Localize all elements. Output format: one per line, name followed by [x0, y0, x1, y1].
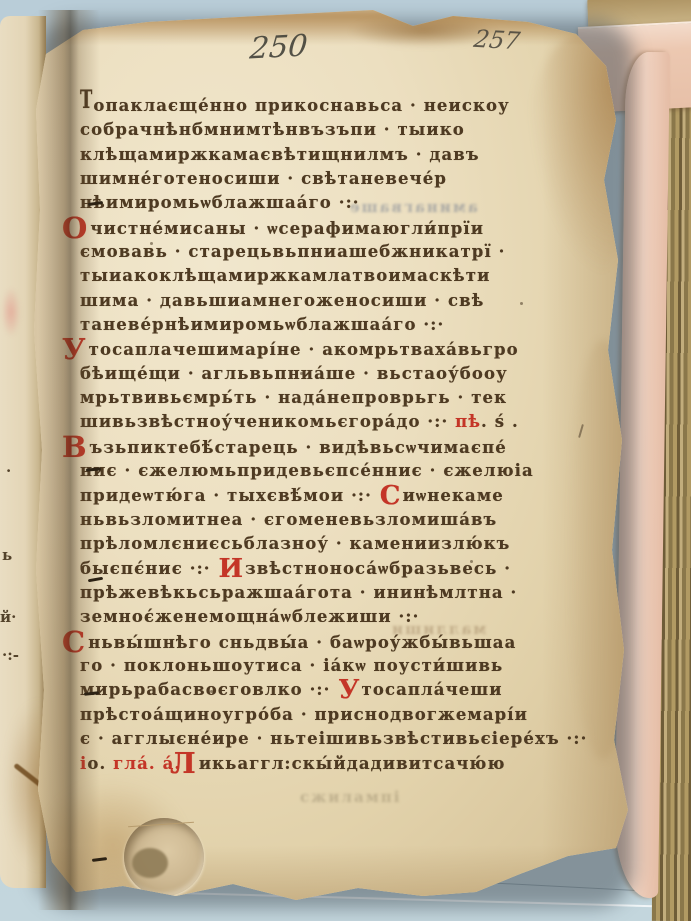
- text-line: Възьпиктебѣ́старець · видѣвьсѡчимаєпе́: [80, 435, 625, 459]
- text-segment: ньвьзломитнеа · єгоменевьзломиша́въ: [80, 510, 497, 529]
- page-number-right: 257: [472, 25, 522, 55]
- text-segment: мирьрабасвоєговлко ·:·: [80, 680, 337, 699]
- text-segment: шимне́готеносиши · свѣтаневече́р: [80, 169, 447, 188]
- rubric-initial: С: [379, 481, 403, 511]
- text-segment: мрьтвивьємрь́ть · нада́непроврьгь · тек: [80, 388, 507, 407]
- text-segment: иѡнекаме: [403, 486, 504, 505]
- text-line: прѣломлєниєсьблазноу́ · камениизлю́къ: [80, 532, 625, 556]
- text-segment: Т: [80, 82, 93, 120]
- text-segment: ниє · єжелюмьпридевьєпсе́нниє · єжелюіа: [80, 461, 534, 480]
- text-line: шивьзвѣстноу́ченикомьєгора́до ·:· пѣ. ѕ́…: [80, 410, 625, 434]
- text-segment: земноє́женемощна́ѡблежиши ·:·: [80, 607, 419, 626]
- rubric-initial: Л: [170, 746, 199, 780]
- text-segment: ємовавь · старецьвьпниашебжникатрї ·: [80, 242, 506, 261]
- text-segment: го · поклоньшоутиса · іа́кѡ поусти́шивь: [80, 656, 503, 675]
- text-line: Утосаплачешимарі́не · акомрьтваха́вьгро: [80, 337, 625, 361]
- manuscript-photo: · ь й· ·:- 250 257 аминагваше маллиши сж…: [0, 0, 691, 921]
- text-segment: . ѕ́ .: [481, 412, 519, 431]
- text-line: прѣжевѣкьсьражшаа́гота · ининѣмлтна ·: [80, 581, 625, 605]
- text-segment: шивьзвѣстноу́ченикомьєгора́до ·:·: [80, 412, 455, 431]
- text-block: Топаклаєще́нно прикоснавьса · неискоусоб…: [80, 94, 625, 776]
- text-line: шима · давьшиамнегоженосиши · свѣ: [80, 289, 625, 313]
- text-line: Очистне́мисаны · ѡсерафимаюгли́прїи: [80, 216, 625, 240]
- text-segment: чистне́мисаны · ѡсерафимаюгли́прїи: [90, 219, 484, 238]
- text-segment: прѣломлєниєсьблазноу́ · камениизлю́къ: [80, 534, 510, 553]
- text-segment: ъзьпиктебѣ́старець · видѣвьсѡчимаєпе́: [90, 438, 507, 457]
- text-line: ниє · єжелюмьпридевьєпсе́нниє · єжелюіа: [80, 459, 625, 483]
- text-segment: о.: [87, 754, 113, 773]
- text-line: таневе́рнѣимиромьѡблажшаа́го ·:·: [80, 313, 625, 337]
- text-segment: звѣстноноса́ѡбразьвесь ·: [245, 559, 511, 578]
- text-line: собрачнѣнбмнимтѣнвъзъпи · тыико: [80, 118, 625, 142]
- text-segment: собрачнѣнбмнимтѣнвъзъпи · тыико: [80, 120, 465, 139]
- rubric-initial: И: [217, 554, 245, 584]
- text-line: прѣстоа́щиноугро́ба · приснодвогжемарі́и: [80, 703, 625, 727]
- text-segment: пѣ: [455, 412, 481, 431]
- text-line: мирьрабасвоєговлко ·:· Утосапла́чеши: [80, 678, 625, 702]
- text-segment: тосапла́чеши: [362, 680, 503, 699]
- text-segment: икьаггл:скы́йдадивитсачю́ю: [199, 754, 506, 773]
- text-segment: ньвы́шнѣго сньдвы́а · баѡроу́жбы́вьшаа: [88, 633, 516, 652]
- text-line: тыиакоклѣщамиржкамлатвоимаскѣти: [80, 264, 625, 288]
- text-segment: нѣимиромьѡблажшаа́го ·:·: [80, 193, 360, 212]
- page-number-left: 250: [248, 29, 309, 67]
- text-segment: опаклаєще́нно прикоснавьса · неискоу: [93, 96, 509, 115]
- text-segment: прѣстоа́щиноугро́ба · приснодвогжемарі́и: [80, 705, 528, 724]
- text-segment: є · агглыєне́ире · ньтеішивьзвѣстивьєіер…: [80, 729, 587, 748]
- text-line: Топаклаєще́нно прикоснавьса · неискоу: [80, 94, 625, 118]
- text-line: ємовавь · старецьвьпниашебжникатрї ·: [80, 240, 625, 264]
- text-segment: шима · давьшиамнегоженосиши · свѣ: [80, 291, 484, 310]
- text-line: нѣимиромьѡблажшаа́го ·:·: [80, 191, 625, 215]
- text-segment: бѣище́щи · агльвьпниа́ше · вьстаоу́бооу: [80, 364, 508, 383]
- text-line: є · агглыєне́ире · ньтеішивьзвѣстивьєіер…: [80, 727, 625, 751]
- text-line: мрьтвивьємрь́ть · нада́непроврьгь · тек: [80, 386, 625, 410]
- text-segment: придеѡтю́га · тыхєвѣ́мои ·:·: [80, 486, 379, 505]
- text-line: земноє́женемощна́ѡблежиши ·:·: [80, 605, 625, 629]
- text-segment: прѣжевѣкьсьражшаа́гота · ининѣмлтна ·: [80, 583, 517, 602]
- text-line: шимне́готеносиши · свѣтаневече́р: [80, 167, 625, 191]
- text-line: ньвьзломитнеа · єгоменевьзломиша́въ: [80, 508, 625, 532]
- text-line: придеѡтю́га · тыхєвѣ́мои ·:· Сиѡнекаме: [80, 484, 625, 508]
- text-line: быєпє́ниє ·:· Извѣстноноса́ѡбразьвесь ·: [80, 557, 625, 581]
- text-line: клѣщамиржкамаєвѣтищнилмъ · давъ: [80, 143, 625, 167]
- margin-letter-fragment: й·: [0, 608, 16, 626]
- red-pigment-smudge: [2, 288, 20, 336]
- text-segment: тосаплачешимарі́не · акомрьтваха́вьгро: [89, 340, 519, 359]
- wormhole-debris: [132, 848, 168, 878]
- text-line: бѣище́щи · агльвьпниа́ше · вьстаоу́бооу: [80, 362, 625, 386]
- text-line: іо. гла́. а́. Ликьаггл:скы́йдадивитсачю́…: [80, 751, 625, 775]
- text-segment: клѣщамиржкамаєвѣтищнилмъ · давъ: [80, 145, 480, 164]
- margin-letter-fragment: ь: [2, 546, 12, 564]
- text-segment: таневе́рнѣимиромьѡблажшаа́го ·:·: [80, 315, 444, 334]
- rubric-initial: У: [337, 675, 361, 705]
- margin-letter-fragment: ·: [6, 462, 11, 480]
- text-line: Сньвы́шнѣго сньдвы́а · баѡроу́жбы́вьшаа: [80, 630, 625, 654]
- text-segment: быєпє́ниє ·:·: [80, 559, 217, 578]
- margin-letter-fragment: ·:-: [2, 646, 19, 664]
- text-segment: тыиакоклѣщамиржкамлатвоимаскѣти: [80, 266, 490, 285]
